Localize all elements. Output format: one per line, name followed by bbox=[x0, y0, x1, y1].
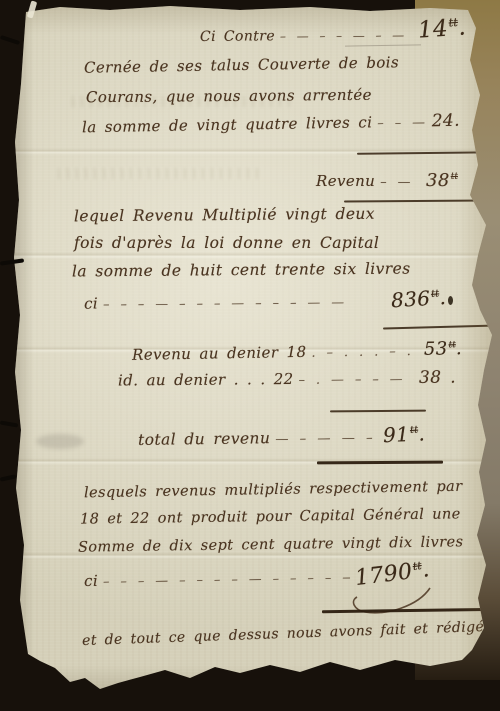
filler-dashes: – . — – – — — bbox=[299, 372, 415, 388]
line-lesquels-revenus: lesquels revenus multipliés respectiveme… bbox=[84, 479, 463, 502]
line-somme-836-texte: la somme de huit cent trente six livres bbox=[72, 260, 411, 281]
amount-14-livres: 14tt. bbox=[417, 14, 467, 43]
line-text: la somme de vingt quatre livres ci bbox=[82, 113, 373, 136]
amount-suffix: . bbox=[454, 111, 460, 131]
filler-dashes: – — – — bbox=[380, 175, 421, 190]
line-text: ci bbox=[84, 572, 98, 590]
line-somme-1790-texte: Somme de dix sept cent quatre vingt dix … bbox=[78, 534, 464, 555]
amount-value: 38 bbox=[419, 368, 442, 388]
amount-suffix: . bbox=[438, 285, 446, 309]
ink-speck bbox=[448, 296, 453, 305]
amount-value: 38 bbox=[426, 170, 450, 191]
line-text: ci bbox=[84, 294, 98, 312]
line-somme-24: la somme de vingt quatre livres ci – – —… bbox=[82, 111, 460, 138]
amount-38-second: 38 . bbox=[419, 368, 456, 388]
amount-value: 24 bbox=[432, 111, 455, 131]
paper-crease bbox=[0, 252, 500, 259]
binding-stitch bbox=[0, 420, 18, 427]
amount-value: 91 bbox=[382, 422, 409, 447]
filler-dashes: – – — – bbox=[377, 115, 427, 131]
filler-dashes: – – – — – – – – — – – – – — bbox=[103, 570, 350, 589]
line-revenu-38: Revenu – — – — 38tt bbox=[316, 170, 458, 191]
line-denier-18: Revenu au denier 18 . – . . . – . . – – … bbox=[132, 338, 462, 365]
line-courans: Courans, que nous avons arrentée bbox=[86, 86, 372, 106]
amount-suffix: . bbox=[457, 14, 467, 40]
line-ci-836: ci – – – — – – – — – – – — — 836tt. bbox=[84, 286, 446, 313]
amount-suffix: . bbox=[418, 421, 426, 445]
ink-rule-under-total bbox=[317, 461, 443, 465]
filler-dashes: — – — — – — bbox=[275, 431, 378, 447]
amount-91-livres: 91tt. bbox=[382, 421, 425, 447]
flourish-stroke bbox=[346, 586, 438, 620]
livre-symbol: tt bbox=[451, 172, 458, 182]
ink-rule-above-total bbox=[330, 410, 426, 413]
line-text: total du revenu bbox=[138, 429, 270, 449]
line-cernee: Cernée de ses talus Couverte de bois bbox=[84, 53, 399, 76]
line-total-revenu: total du revenu — – — — – — 91tt. bbox=[138, 422, 425, 450]
amount-suffix: . bbox=[421, 557, 431, 583]
amount-value: 836 bbox=[390, 286, 431, 312]
pencil-line bbox=[345, 44, 421, 46]
line-text: id. au denier . . . 22 bbox=[118, 370, 294, 390]
ink-rule-under-24 bbox=[357, 151, 492, 154]
line-18-et-22: 18 et 22 ont produit pour Capital Généra… bbox=[80, 506, 461, 527]
manuscript-sheet: Ci Contre – — – – — – — – 14tt. Cernée d… bbox=[0, 0, 500, 711]
ink-rule-under-38 bbox=[344, 199, 494, 202]
line-text: Revenu au denier 18 bbox=[132, 343, 307, 364]
amount-53-livres: 53tt. bbox=[424, 338, 462, 360]
line-denier-22: id. au denier . . . 22 – . — – – — — 38 … bbox=[118, 368, 456, 391]
ink-rule-above-53 bbox=[383, 325, 497, 330]
filler-dashes: – — – – — – — – bbox=[280, 28, 410, 43]
amount-value: 14 bbox=[417, 16, 449, 44]
amount-24-livres: 24. bbox=[432, 111, 461, 131]
header-label: Ci Contre bbox=[200, 28, 275, 45]
amount-836-livres: 836tt. bbox=[390, 285, 447, 312]
binding-stitch bbox=[0, 474, 16, 481]
line-text: Revenu bbox=[316, 172, 375, 190]
amount-suffix: . bbox=[441, 368, 456, 388]
line-fois-dapres: fois d'après la loi donne en Capital bbox=[74, 234, 379, 252]
filler-dashes: – – – — – – – — – – – — — bbox=[103, 295, 386, 312]
binding-stitch bbox=[0, 35, 20, 45]
ink-bleedthrough bbox=[58, 168, 258, 179]
amount-suffix: . bbox=[456, 338, 462, 359]
line-lequel-revenu: lequel Revenu Multiplié vingt deux bbox=[74, 205, 375, 226]
amount-value: 53 bbox=[424, 338, 448, 359]
amount-38-livres: 38tt bbox=[426, 170, 458, 191]
line-et-de-tout: et de tout ce que dessus nous avons fait… bbox=[82, 619, 485, 649]
pencil-smudge bbox=[36, 434, 84, 449]
filler-dashes: . – . . . – . . – – – bbox=[311, 344, 419, 361]
line-ci-contre: Ci Contre – — – – — – — – bbox=[200, 27, 415, 45]
